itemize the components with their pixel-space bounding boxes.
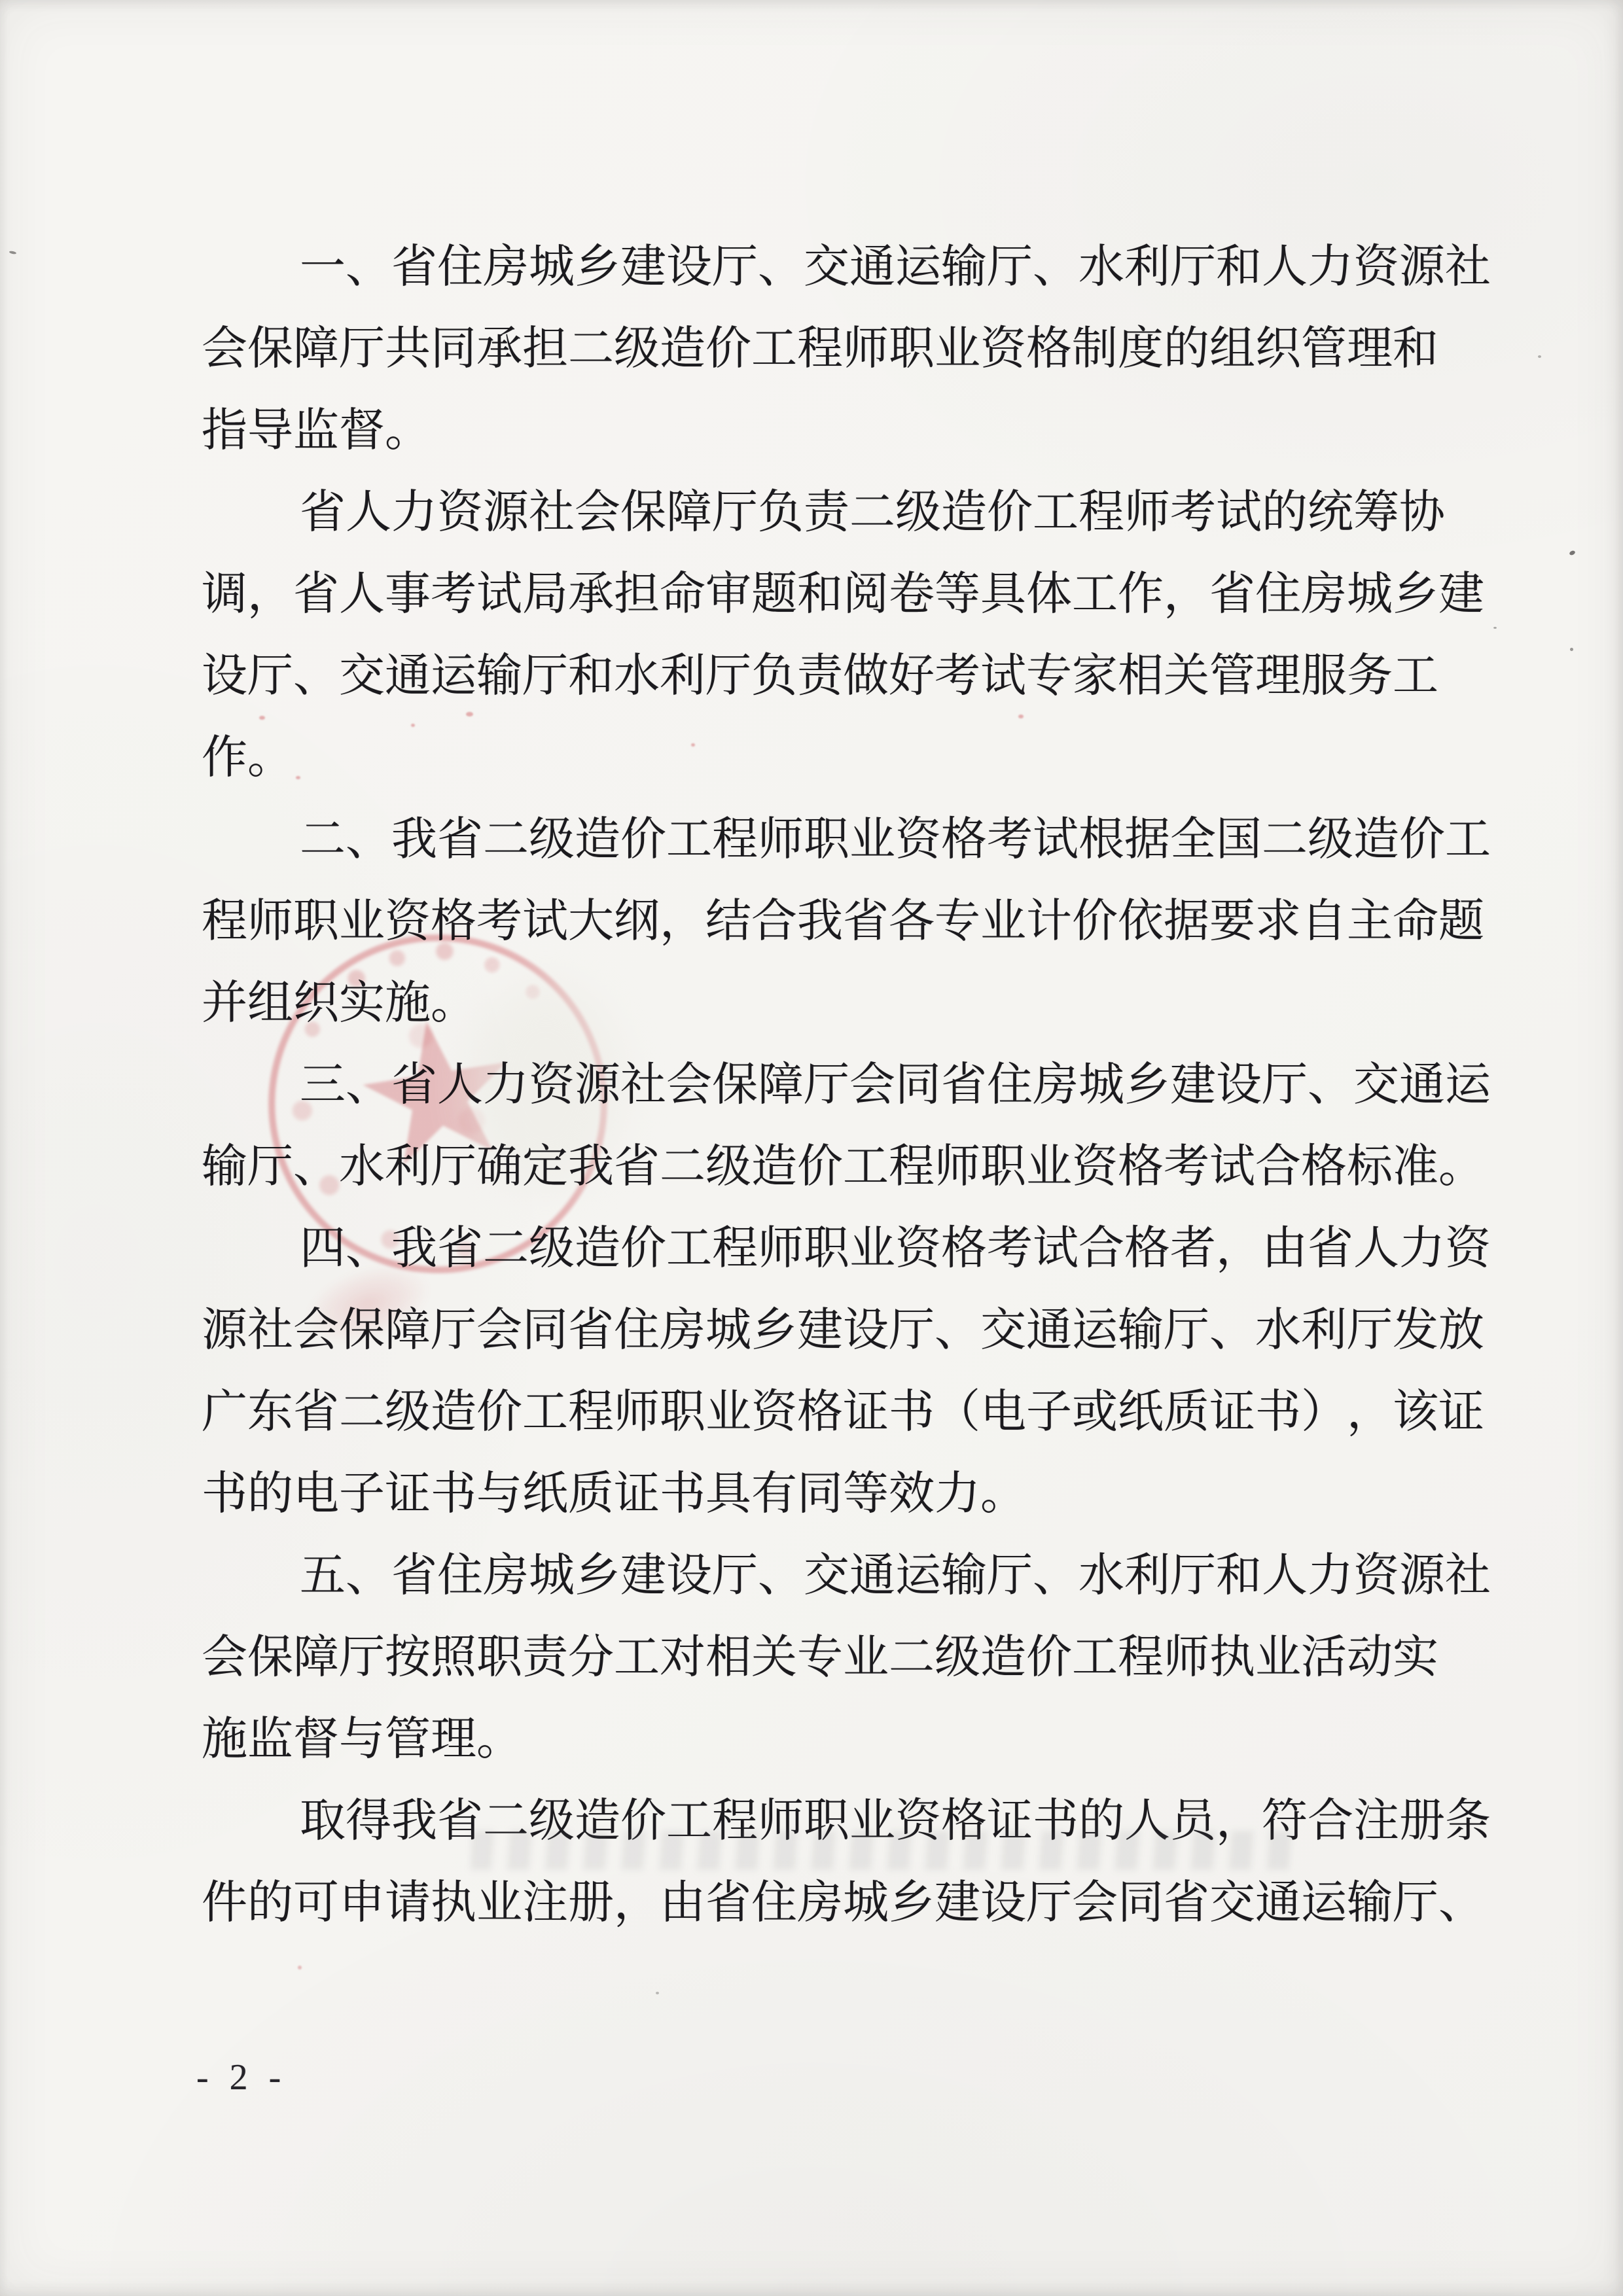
bleedthrough-ghost-text (471, 1831, 1303, 1870)
text-line: 书的电子证书与纸质证书具有同等效力。 (202, 1453, 1420, 1535)
paragraph: 一、省住房城乡建设厅、交通运输厅、水利厅和人力资源社会保障厅共同承担二级造价工程… (202, 226, 1420, 472)
text-line: 程师职业资格考试大纲，结合我省各专业计价依据要求自主命题 (202, 881, 1420, 963)
dust-speck (1493, 627, 1497, 629)
red-ink-speck (298, 1966, 302, 1969)
text-line: 件的可申请执业注册，由省住房城乡建设厅会同省交通运输厅、 (202, 1862, 1420, 1944)
scanned-document-page: 一、省住房城乡建设厅、交通运输厅、水利厅和人力资源社会保障厅共同承担二级造价工程… (0, 0, 1623, 2296)
paragraph: 四、我省二级造价工程师职业资格考试合格者，由省人力资源社会保障厅会同省住房城乡建… (202, 1208, 1420, 1535)
red-ink-speck (296, 776, 300, 779)
text-line: 二、我省二级造价工程师职业资格考试根据全国二级造价工 (202, 799, 1420, 881)
text-line: 指导监督。 (202, 390, 1420, 472)
red-ink-speck (691, 743, 695, 747)
red-ink-speck (466, 712, 473, 716)
text-line: 会保障厅共同承担二级造价工程师职业资格制度的组织管理和 (202, 308, 1420, 390)
text-line: 设厅、交通运输厅和水利厅负责做好考试专家相关管理服务工 (202, 635, 1420, 717)
text-line: 一、省住房城乡建设厅、交通运输厅、水利厅和人力资源社 (202, 226, 1420, 308)
document-body: 一、省住房城乡建设厅、交通运输厅、水利厅和人力资源社会保障厅共同承担二级造价工程… (202, 226, 1420, 1944)
text-line: 并组织实施。 (202, 963, 1420, 1044)
page-number: - 2 - (196, 2055, 287, 2100)
dust-speck (1570, 648, 1573, 651)
red-ink-speck (411, 724, 415, 727)
text-line: 会保障厅按照职责分工对相关专业二级造价工程师执业活动实 (202, 1617, 1420, 1699)
dust-speck (1569, 550, 1576, 556)
red-ink-speck (1018, 715, 1024, 718)
text-line: 五、省住房城乡建设厅、交通运输厅、水利厅和人力资源社 (202, 1535, 1420, 1617)
paragraph: 五、省住房城乡建设厅、交通运输厅、水利厅和人力资源社会保障厅按照职责分工对相关专… (202, 1535, 1420, 1780)
text-line: 三、省人力资源社会保障厅会同省住房城乡建设厅、交通运 (202, 1044, 1420, 1126)
text-line: 省人力资源社会保障厅负责二级造价工程师考试的统筹协 (202, 472, 1420, 554)
dust-speck (1538, 355, 1541, 358)
text-line: 调，省人事考试局承担命审题和阅卷等具体工作，省住房城乡建 (202, 554, 1420, 635)
text-line: 作。 (202, 717, 1420, 799)
red-ink-speck (259, 716, 265, 720)
text-line: 施监督与管理。 (202, 1699, 1420, 1780)
dust-speck (656, 1992, 659, 1994)
text-line: 广东省二级造价工程师职业资格证书（电子或纸质证书），该证 (202, 1371, 1420, 1453)
paragraph: 二、我省二级造价工程师职业资格考试根据全国二级造价工程师职业资格考试大纲，结合我… (202, 799, 1420, 1044)
paragraph: 省人力资源社会保障厅负责二级造价工程师考试的统筹协调，省人事考试局承担命审题和阅… (202, 472, 1420, 799)
text-line: 输厅、水利厅确定我省二级造价工程师职业资格考试合格标准。 (202, 1126, 1420, 1208)
paragraph: 三、省人力资源社会保障厅会同省住房城乡建设厅、交通运输厅、水利厅确定我省二级造价… (202, 1044, 1420, 1208)
dust-speck (9, 251, 17, 255)
